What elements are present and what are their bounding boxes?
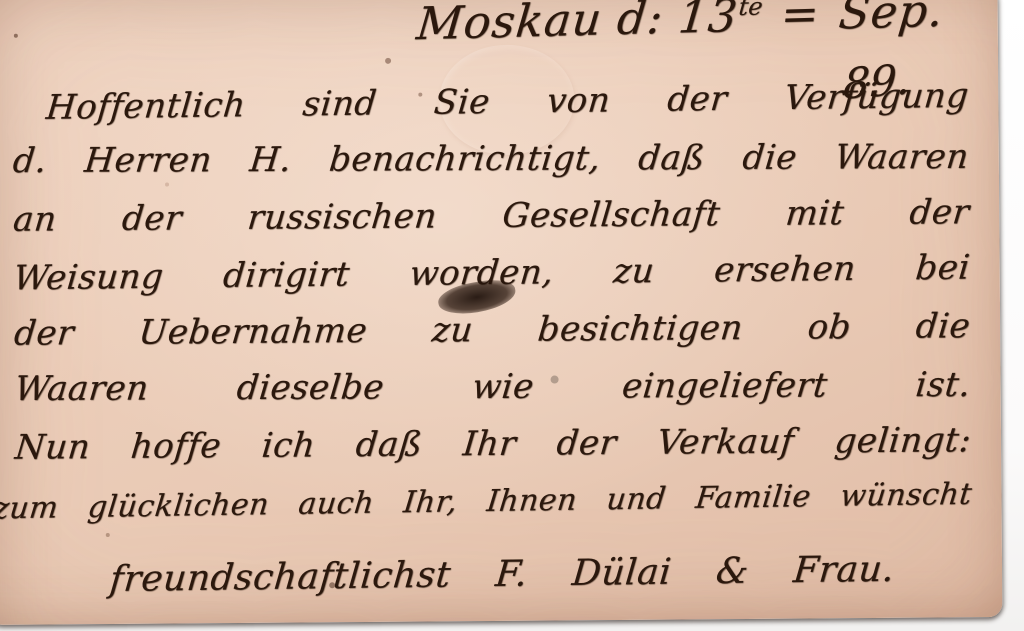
handwriting-line-2: d. Herren H. benachrichtigt, daß die Waa… (10, 129, 971, 190)
signature-line: freundschaftlichst F. Dülai & Frau. (108, 549, 896, 600)
handwriting-line-8: zum glücklichen auch Ihr, Ihnen und Fami… (0, 466, 975, 538)
age-speck-stains (14, 34, 18, 38)
scan-background: Moskau d: 13te = Sep. 89. Hoffentlich si… (0, 0, 1024, 631)
postcard: Moskau d: 13te = Sep. 89. Hoffentlich si… (0, 0, 1002, 625)
dateline-month: Sep. (837, 0, 947, 40)
dateline-day: 13 (676, 0, 740, 44)
dateline-day-prefix: d: (615, 0, 666, 45)
handwriting-line-6: Waaren dieselbe wie eingeliefert ist. (12, 357, 973, 418)
dateline-day-suffix: te (737, 0, 764, 21)
dateline-city: Moskau (414, 0, 604, 50)
handwriting-line-3: an der russischen Gesellschaft mit der (11, 184, 973, 249)
handwriting-line-1: Hoffentlich sind Sie von der Verfügung (10, 68, 972, 138)
dateline: Moskau d: 13te = Sep. (415, 0, 946, 46)
dateline-separator: = (775, 0, 827, 41)
